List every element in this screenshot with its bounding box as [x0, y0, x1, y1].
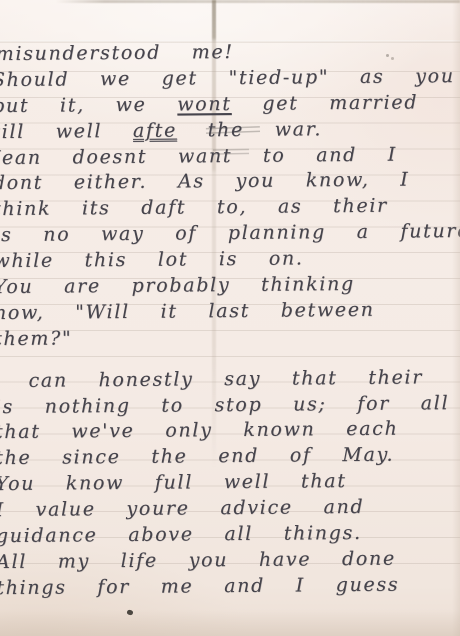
handwriting-segment: I value youre advice and	[0, 496, 364, 521]
handwriting-segment: think its daft to, as their	[0, 195, 388, 220]
handwriting-line: can honestly say that their	[0, 365, 460, 395]
letter-scan-page: misunderstood me!Should we get "tied-up"…	[0, 0, 460, 636]
handwriting-underlined-word: wont	[177, 93, 232, 115]
handwriting-line: till well afte the war.	[0, 116, 460, 146]
handwriting-line: is nothing to stop us; for all	[0, 390, 460, 420]
handwriting-segment: All my life you have done	[0, 548, 396, 573]
handwriting-line: things for me and I guess	[0, 572, 460, 602]
handwriting-line: misunderstood me!	[0, 38, 460, 68]
scan-bottom-edge-shadow	[0, 610, 460, 636]
handwriting-segment: the war.	[177, 118, 322, 141]
handwriting-segment: guidance above all things.	[0, 522, 362, 547]
handwriting-segment: You know full well that	[0, 470, 347, 495]
handwriting-segment: the since the end of May.	[0, 444, 394, 469]
handwriting-segment: Should we get "tied-up" as you	[0, 65, 455, 91]
handwriting-line: that we've only known each	[0, 416, 460, 446]
handwriting-segment: while this lot is on.	[0, 248, 304, 273]
handwriting-segment: can honestly say that their	[28, 366, 423, 391]
handwriting-segment: them?"	[0, 327, 73, 350]
handwriting-segment: now, "Will it last between	[0, 299, 375, 324]
handwriting-line: Should we get "tied-up" as you	[0, 64, 460, 94]
handwriting-line: All my life you have done	[0, 546, 460, 576]
handwriting-segment: till well	[0, 120, 133, 143]
scan-right-edge-shadow	[452, 0, 460, 636]
handwriting-line: the since the end of May.	[0, 442, 460, 472]
scan-top-edge-shadow	[56, 0, 460, 3]
handwriting-segment: is nothing to stop us; for all	[0, 392, 449, 418]
handwriting-line: is no way of planning a future	[0, 219, 460, 249]
ink-speck-top-right	[386, 54, 389, 57]
handwriting-segment: dont either. As you know, I	[0, 169, 410, 195]
handwriting-line: I value youre advice and	[0, 494, 460, 524]
handwriting-line: You are probably thinking	[0, 271, 460, 301]
handwriting-segment: You are probably thinking	[0, 273, 355, 298]
handwriting-line: them?"	[0, 323, 460, 353]
handwriting-underlined-word: afte	[133, 119, 177, 141]
handwriting-line: now, "Will it last between	[0, 297, 460, 327]
handwriting-segment: put it, we	[0, 93, 177, 117]
handwriting-line: dont either. As you know, I	[0, 167, 460, 197]
handwriting-segment: things for me and I guess	[0, 573, 399, 599]
handwriting-segment: is no way of planning a future	[0, 220, 460, 246]
handwriting-line: while this lot is on.	[0, 245, 460, 275]
handwriting-line: put it, we wont get married	[0, 90, 460, 120]
handwriting-line: guidance above all things.	[0, 520, 460, 550]
handwriting-segment: that we've only known each	[0, 418, 399, 444]
handwriting-line: think its daft to, as their	[0, 193, 460, 223]
handwritten-text-block: misunderstood me!Should we get "tied-up"…	[0, 38, 460, 602]
handwriting-segment: Jean doesnt want to and I	[0, 143, 397, 169]
handwriting-segment: get married	[232, 91, 419, 115]
handwriting-line: You know full well that	[0, 468, 460, 498]
handwriting-line: Jean doesnt want to and I	[0, 141, 460, 171]
handwriting-segment: misunderstood me!	[0, 41, 234, 65]
